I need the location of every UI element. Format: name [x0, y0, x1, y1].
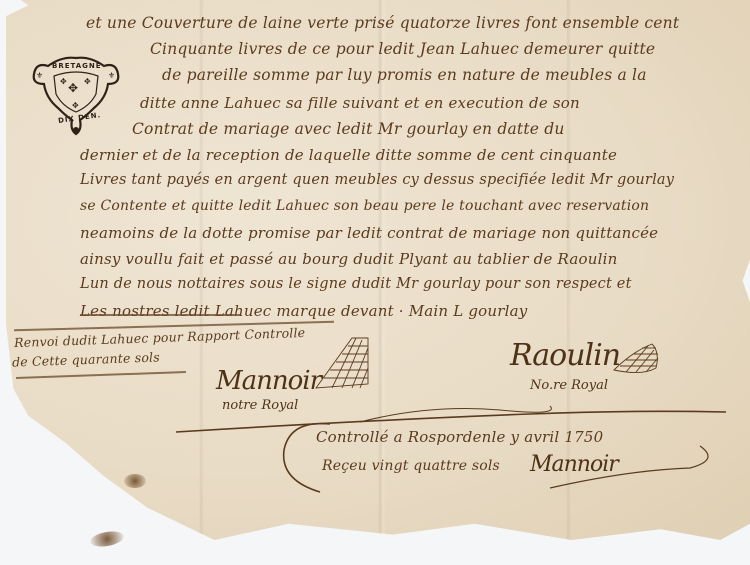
stamp-bretagne: ✥ ✥ ✥ ✥ ⚜ ⚜ BRETAGNE DIX DEN. — [28, 48, 124, 138]
control-signature-flourish — [540, 440, 720, 500]
body-line-6: dernier et de la reception de laquelle d… — [80, 146, 617, 164]
signature-left-name: Mannoir — [216, 366, 321, 396]
control-note-line-2: Reçeu vingt quattre sols — [322, 458, 500, 474]
svg-text:⚜: ⚜ — [108, 71, 115, 80]
signature-paraph-left-icon — [312, 334, 372, 394]
body-line-5: Contrat de mariage avec ledit Mr gourlay… — [132, 120, 565, 138]
body-line-7: Livres tant payés en argent quen meubles… — [80, 172, 674, 188]
body-line-2: Cinquante livres de ce pour ledit Jean L… — [150, 40, 655, 58]
signature-right-title: No.re Royal — [530, 378, 608, 393]
svg-text:✥: ✥ — [60, 77, 67, 86]
ink-stain — [89, 529, 125, 549]
svg-text:⚜: ⚜ — [36, 71, 43, 80]
body-line-11: Lun de nous nottaires sous le signe dudi… — [80, 276, 632, 292]
svg-text:✥: ✥ — [84, 77, 91, 86]
ink-stain — [124, 474, 146, 488]
body-line-3: de pareille somme par luy promis en natu… — [162, 66, 647, 84]
signature-paraph-right-icon — [612, 342, 660, 378]
body-line-4: ditte anne Lahuec sa fille suivant et en… — [140, 94, 580, 112]
stamp-top-text: BRETAGNE — [52, 62, 102, 70]
body-line-12: Les nostres ledit Lahuec marque devant ·… — [80, 302, 527, 320]
body-line-10: ainsy voullu fait et passé au bourg dudi… — [80, 250, 617, 268]
body-line-8: se Contente et quitte ledit Lahuec son b… — [80, 198, 649, 214]
svg-text:✥: ✥ — [72, 101, 79, 110]
signature-right-name: Raoulin — [510, 338, 620, 373]
body-line-9: neamoins de la dotte promise par ledit c… — [80, 224, 658, 242]
end-rule — [80, 314, 240, 316]
body-line-1: et une Couverture de laine verte prisé q… — [86, 14, 679, 32]
svg-text:✥: ✥ — [68, 81, 78, 95]
